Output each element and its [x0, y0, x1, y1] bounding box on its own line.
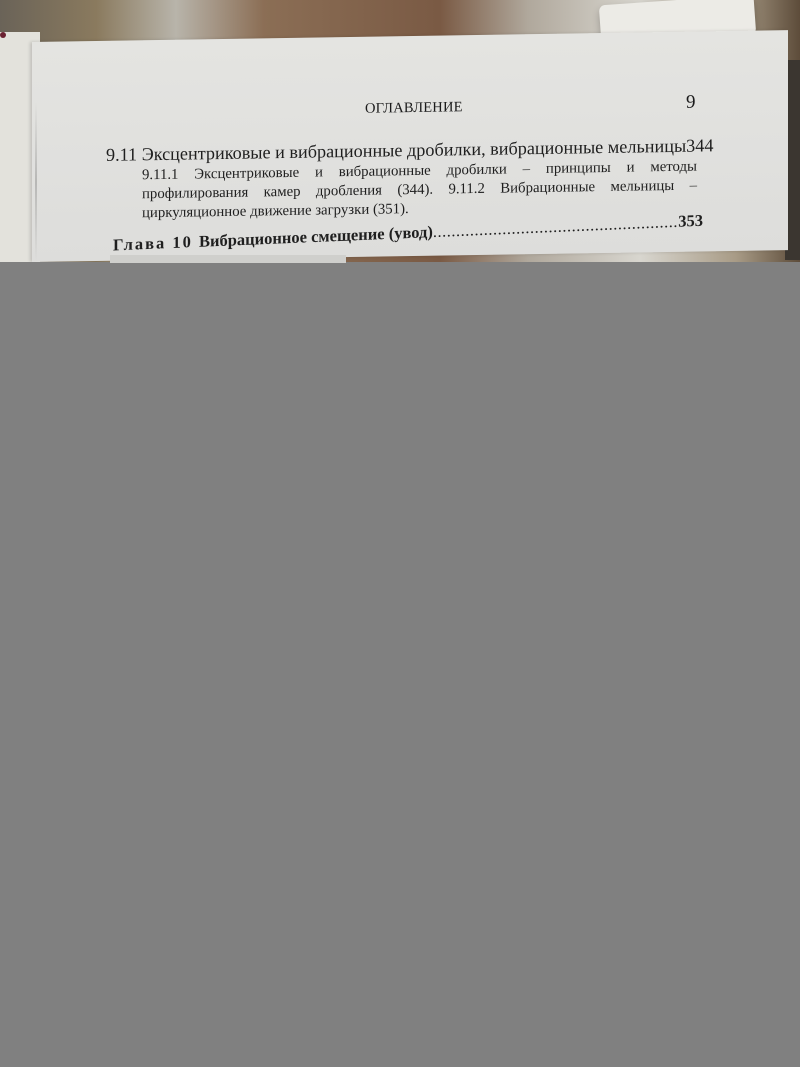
running-header-title: ОГЛАВЛЕНИЕ: [365, 99, 463, 118]
page-number: 9: [686, 92, 696, 114]
toc-chapter-title: Вибрационное смещение (увод): [199, 222, 433, 252]
toc-subsections: 9.11.1 Эксцентриковые и вибрационные дро…: [142, 158, 697, 224]
toc-chapter-label: Глава 10: [113, 232, 193, 255]
book-page: ОГЛАВЛЕНИЕ 9 9.11 Эксцентриковые и вибра…: [32, 30, 788, 262]
page-gutter-fold: [35, 102, 37, 262]
running-header: ОГЛАВЛЕНИЕ 9: [32, 94, 788, 106]
page-remnant-strip: [110, 255, 346, 263]
toc-chapter-page: 353: [678, 211, 703, 232]
toc-section-page: 344: [686, 135, 713, 156]
masked-region: [0, 262, 800, 1067]
